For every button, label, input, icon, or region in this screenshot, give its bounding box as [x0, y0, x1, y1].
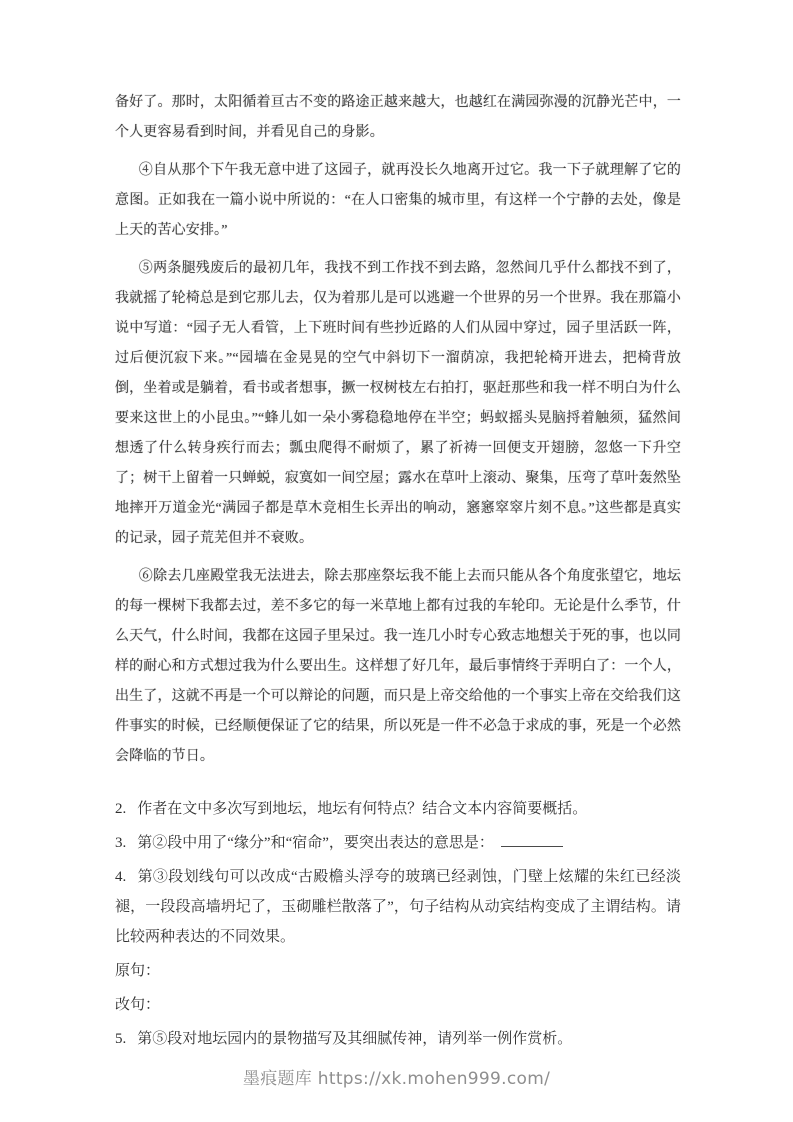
- original-sentence-label: 原句：: [115, 956, 681, 986]
- passage-paragraph-5: ⑤两条腿残废后的最初几年，我找不到工作找不到去路，忽然间几乎什么都找不到了，我就…: [115, 254, 681, 554]
- passage-paragraph-6: ⑥除去几座殿堂我无法进去，除去那座祭坛我不能上去而只能从各个角度张望它，地坛的每…: [115, 562, 681, 772]
- question-4-text: 第③段划线句可以改成“古殿檐头浮夸的玻璃已经剥蚀，门壁上炫耀的朱红已经淡褪，一段…: [115, 869, 681, 945]
- question-2: 2.作者在文中多次写到地坛，地坛有何特点？结合文本内容简要概括。: [115, 794, 681, 824]
- passage-continuation-paragraph: 备好了。那时，太阳循着亘古不变的路途正越来越大，也越红在满园弥漫的沉静光芒中，一…: [115, 88, 681, 148]
- question-3-text: 第②段中用了“缘分”和“宿命”，要突出表达的意思是：: [137, 835, 494, 851]
- reading-passage: 备好了。那时，太阳循着亘古不变的路途正越来越大，也越红在满园弥漫的沉静光芒中，一…: [115, 88, 681, 772]
- passage-paragraph-4: ④自从那个下午我无意中进了这园子，就再没长久地离开过它。我一下子就理解了它的意图…: [115, 156, 681, 246]
- question-5-text: 第⑤段对地坛园内的景物描写及其细腻传神，请列举一例作赏析。: [137, 1031, 572, 1047]
- question-list: 2.作者在文中多次写到地坛，地坛有何特点？结合文本内容简要概括。 3.第②段中用…: [115, 794, 681, 1054]
- question-2-text: 作者在文中多次写到地坛，地坛有何特点？结合文本内容简要概括。: [137, 801, 587, 817]
- footer: 墨痕题库 https://xk.mohen999.com/: [0, 1064, 793, 1089]
- page-content: 备好了。那时，太阳循着亘古不变的路途正越来越大，也越红在满园弥漫的沉静光芒中，一…: [115, 88, 681, 1058]
- question-3-number: 3.: [115, 828, 126, 858]
- question-4: 4.第③段划线句可以改成“古殿檐头浮夸的玻璃已经剥蚀，门壁上炫耀的朱红已经淡褪，…: [115, 862, 681, 952]
- document-page: 备好了。那时，太阳循着亘古不变的路途正越来越大，也越红在满园弥漫的沉静光芒中，一…: [0, 0, 793, 1122]
- question-4-number: 4.: [115, 862, 126, 892]
- question-5-number: 5.: [115, 1024, 126, 1054]
- footer-watermark-text: 墨痕题库 https://xk.mohen999.com/: [243, 1069, 550, 1089]
- revised-sentence-label: 改句：: [115, 990, 681, 1020]
- question-3: 3.第②段中用了“缘分”和“宿命”，要突出表达的意思是：: [115, 828, 681, 858]
- question-2-number: 2.: [115, 794, 126, 824]
- question-5: 5.第⑤段对地坛园内的景物描写及其细腻传神，请列举一例作赏析。: [115, 1024, 681, 1054]
- answer-blank-line: [501, 832, 563, 847]
